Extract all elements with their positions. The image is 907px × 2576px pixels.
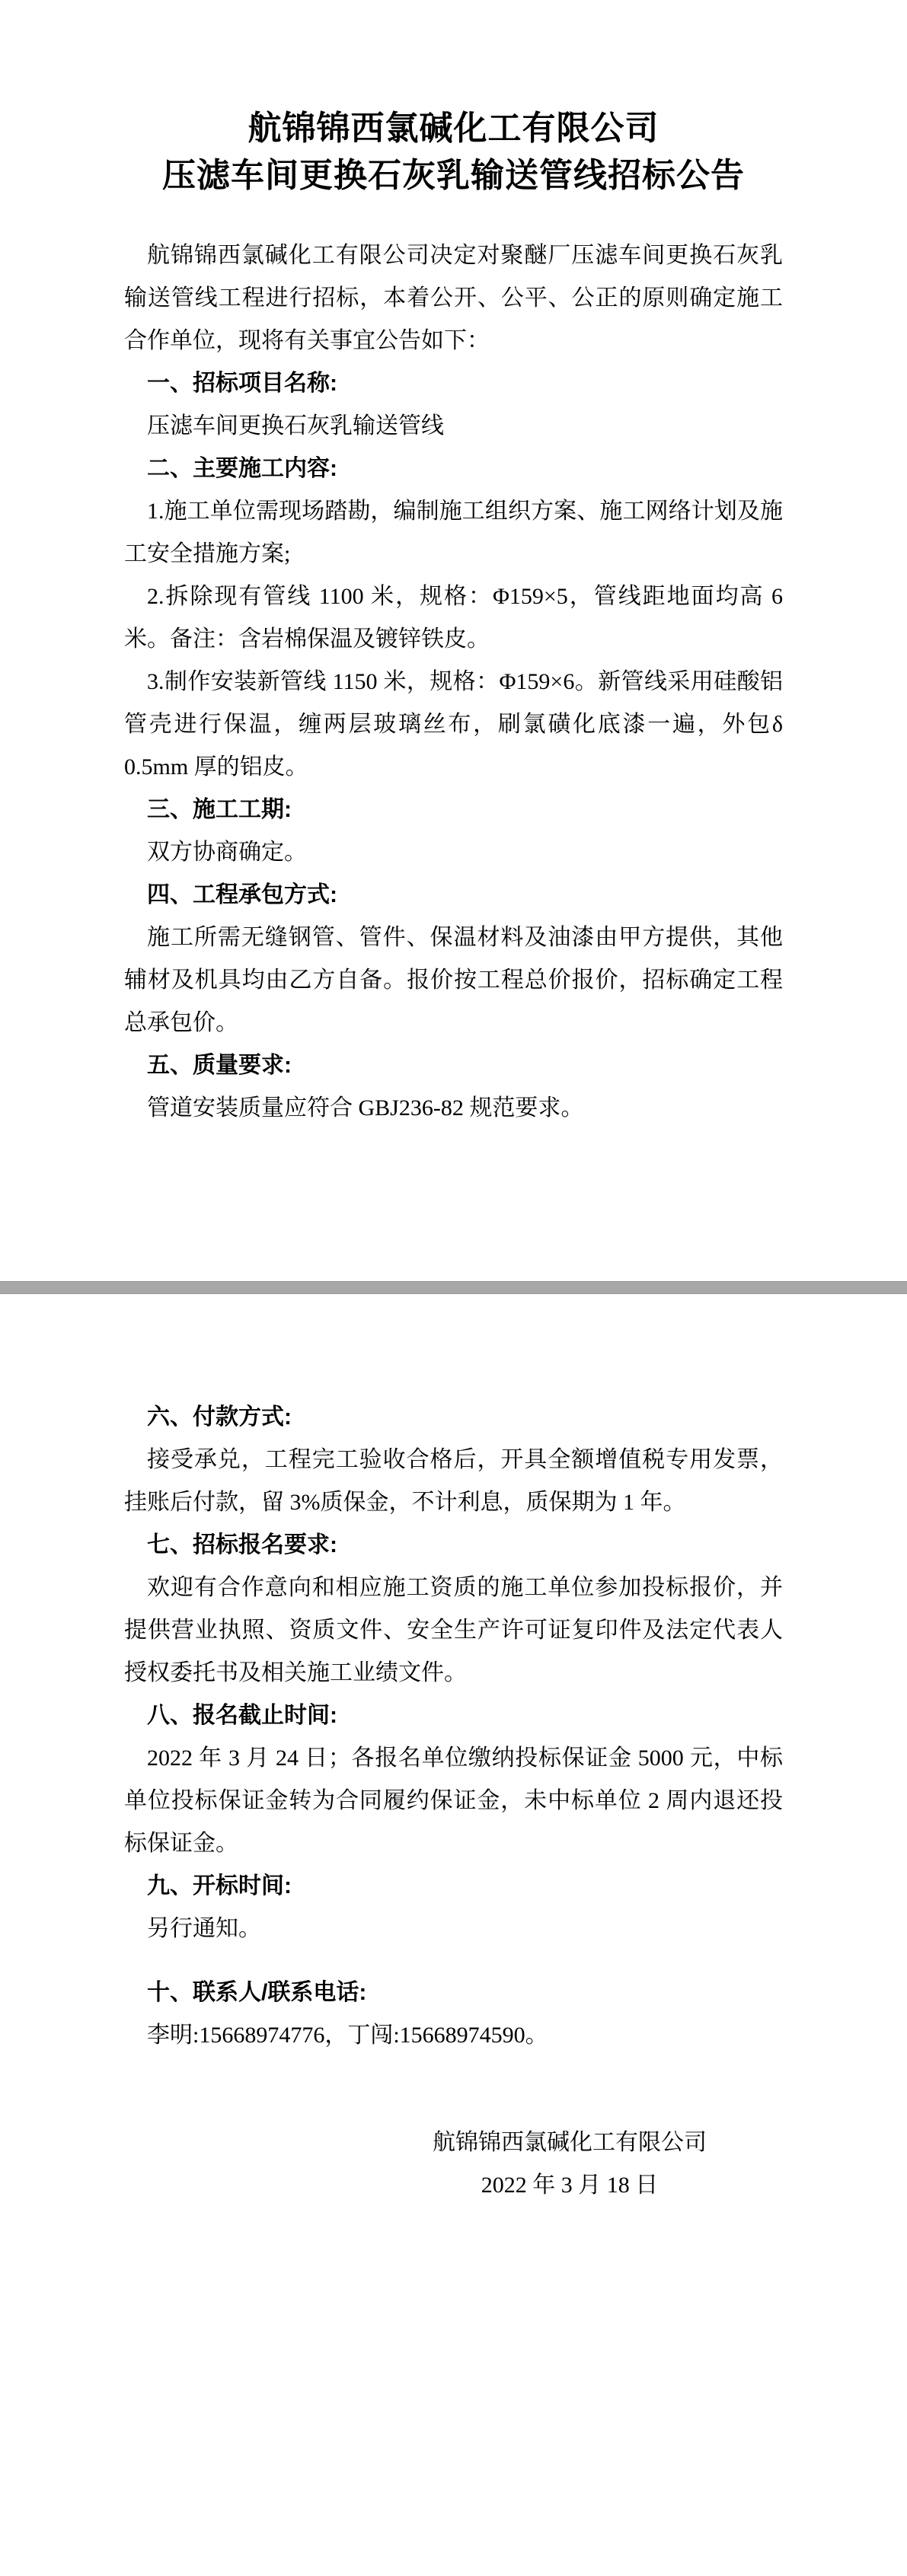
signature-date: 2022 年 3 月 18 日: [481, 2164, 659, 2207]
document: 航锦锦西氯碱化工有限公司 压滤车间更换石灰乳输送管线招标公告 航锦锦西氯碱化工有…: [0, 0, 907, 2576]
section-3-heading: 三、施工工期:: [124, 789, 783, 831]
section-3-paragraph: 双方协商确定。: [124, 831, 783, 874]
section-1-paragraph: 压滤车间更换石灰乳输送管线: [124, 405, 783, 448]
section-2-paragraph-3: 3.制作安装新管线 1150 米，规格：Φ159×6。新管线采用硅酸铝管壳进行保…: [124, 661, 783, 789]
section-5-heading: 五、质量要求:: [124, 1044, 783, 1087]
section-10-heading: 十、联系人/联系电话:: [124, 1972, 783, 2014]
section-2-paragraph-2: 2.拆除现有管线 1100 米，规格：Φ159×5，管线距地面均高 6 米。备注…: [124, 575, 783, 661]
page-2: 六、付款方式: 接受承兑，工程完工验收合格后，开具全额增值税专用发票，挂账后付款…: [0, 1294, 907, 2576]
section-7-paragraph: 欢迎有合作意向和相应施工资质的施工单位参加投标报价，并提供营业执照、资质文件、安…: [124, 1567, 783, 1694]
section-9-heading: 九、开标时间:: [124, 1865, 783, 1908]
title-line-announcement: 压滤车间更换石灰乳输送管线招标公告: [124, 152, 783, 199]
section-5-paragraph: 管道安装质量应符合 GBJ236-82 规范要求。: [124, 1087, 783, 1130]
page-1: 航锦锦西氯碱化工有限公司 压滤车间更换石灰乳输送管线招标公告 航锦锦西氯碱化工有…: [0, 0, 907, 1281]
section-2-heading: 二、主要施工内容:: [124, 448, 783, 490]
section-6-paragraph: 接受承兑，工程完工验收合格后，开具全额增值税专用发票，挂账后付款，留 3%质保金…: [124, 1439, 783, 1524]
title-line-company: 航锦锦西氯碱化工有限公司: [124, 105, 783, 152]
section-2-paragraph-1: 1.施工单位需现场踏勘，编制施工组织方案、施工网络计划及施工安全措施方案;: [124, 490, 783, 575]
section-4-paragraph: 施工所需无缝钢管、管件、保温材料及油漆由甲方提供，其他辅材及机具均由乙方自备。报…: [124, 917, 783, 1044]
section-10-paragraph: 李明:15668974776，丁闯:15668974590。: [124, 2014, 783, 2057]
section-8-paragraph: 2022 年 3 月 24 日；各报名单位缴纳投标保证金 5000 元，中标单位…: [124, 1737, 783, 1865]
signature-block: 航锦锦西氯碱化工有限公司 2022 年 3 月 18 日: [433, 2122, 707, 2207]
signature-company: 航锦锦西氯碱化工有限公司: [433, 2122, 707, 2164]
section-6-heading: 六、付款方式:: [124, 1396, 783, 1439]
section-4-heading: 四、工程承包方式:: [124, 874, 783, 917]
section-7-heading: 七、招标报名要求:: [124, 1524, 783, 1567]
intro-paragraph: 航锦锦西氯碱化工有限公司决定对聚醚厂压滤车间更换石灰乳输送管线工程进行招标，本着…: [124, 234, 783, 362]
document-title: 航锦锦西氯碱化工有限公司 压滤车间更换石灰乳输送管线招标公告: [124, 105, 783, 199]
section-1-heading: 一、招标项目名称:: [124, 362, 783, 405]
section-8-heading: 八、报名截止时间:: [124, 1694, 783, 1737]
page-break-divider: [0, 1281, 907, 1294]
section-9-paragraph: 另行通知。: [124, 1908, 783, 1950]
